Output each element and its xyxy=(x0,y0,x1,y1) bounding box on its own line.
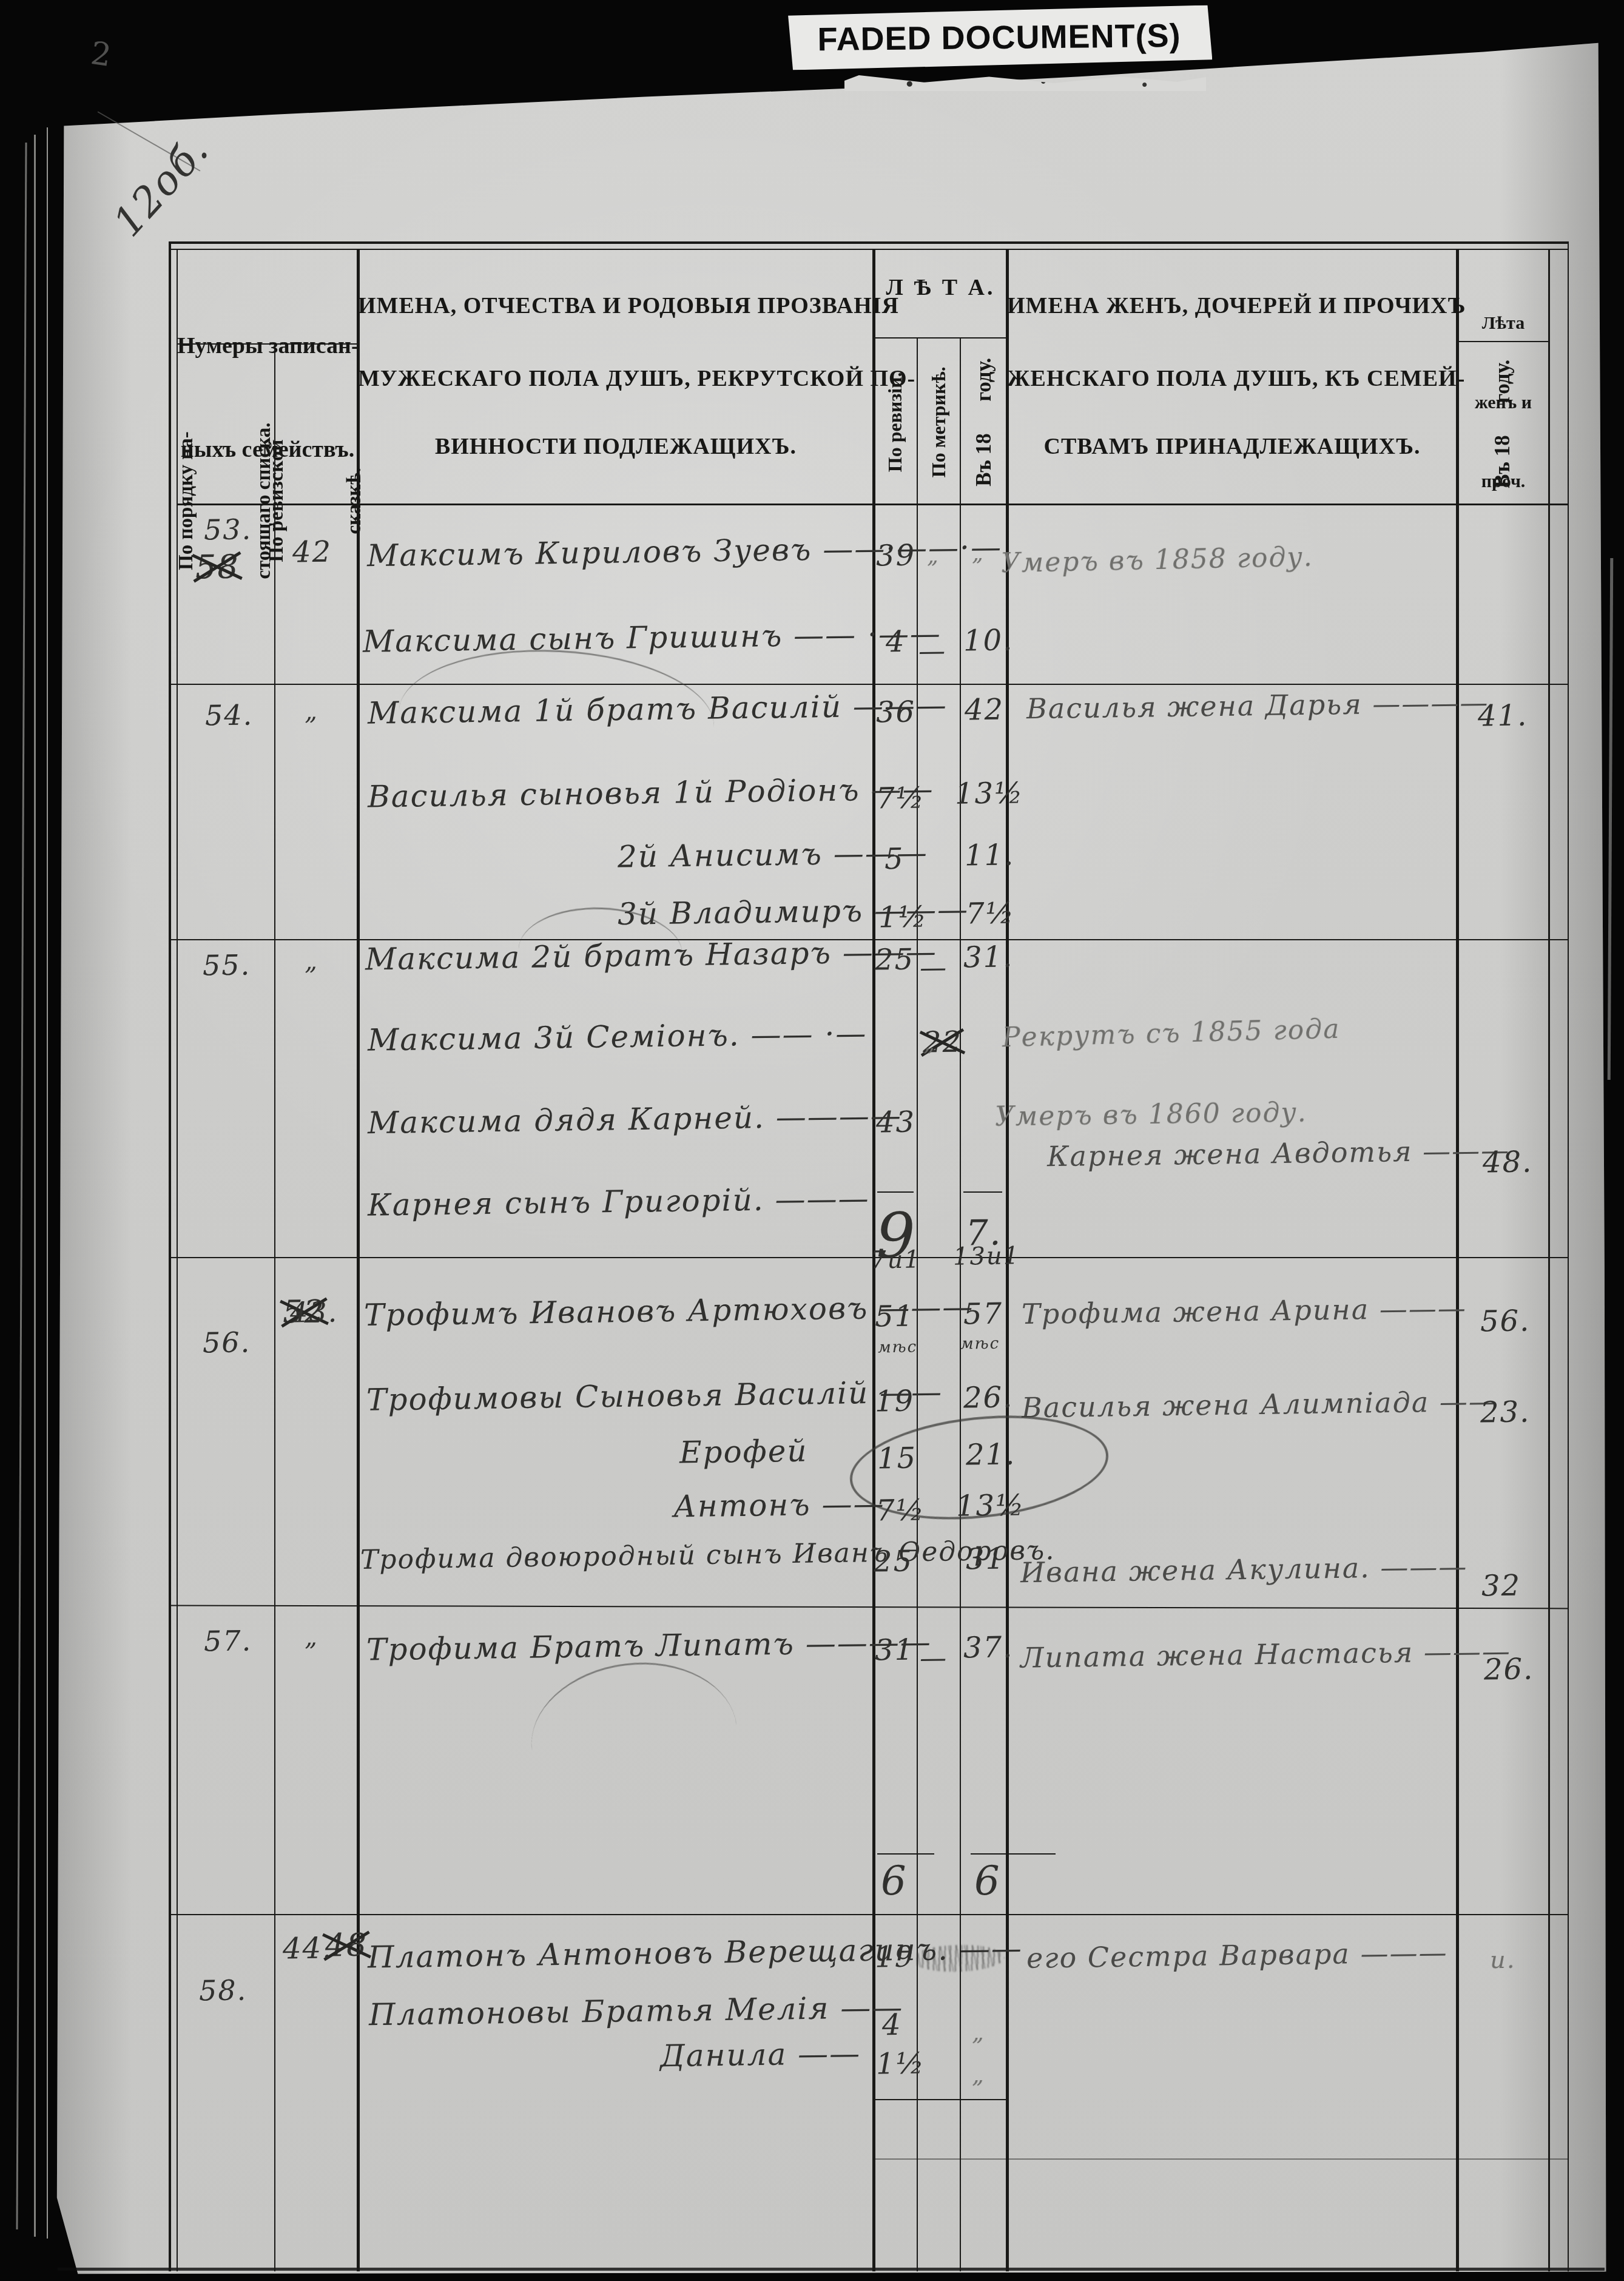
age-in-year: 7½ xyxy=(966,896,1016,931)
age-in-year: 10. xyxy=(963,623,1014,658)
female-age: 26. xyxy=(1484,1652,1534,1686)
grid-sum-line xyxy=(971,1853,1056,1855)
female-age: 48. xyxy=(1483,1145,1533,1179)
age-by-revision: 39 xyxy=(876,539,916,573)
entry-note: Умеръ въ 1860 году. xyxy=(995,1097,1307,1132)
family-57-revision-number: „ xyxy=(305,1623,318,1651)
corner-mark: 2 xyxy=(89,35,113,74)
header-females-title-3: СТВАМЪ ПРИНАДЛЕЖАЩИХЪ. xyxy=(1007,433,1457,460)
age-by-revision: 5 xyxy=(884,842,905,876)
sheet-edge xyxy=(16,143,27,2229)
header-famages-line1: Лѣта xyxy=(1457,310,1549,337)
grid-sum-line xyxy=(872,2099,1009,2100)
grid-vline-outer-right xyxy=(1568,241,1569,2271)
header-revtale-line1: По ревизской xyxy=(264,422,290,580)
family-58-number-current: 58. xyxy=(199,1973,248,2007)
age-by-revision: 7½ xyxy=(876,781,926,815)
entry-name: 2й Анисимъ ——— xyxy=(618,835,929,874)
family-54-number-current: 54. xyxy=(205,698,254,732)
grid-top-outer xyxy=(169,241,1569,244)
age-by-metric: — xyxy=(920,952,948,984)
header-col-by-revision: По ревизіи. xyxy=(883,343,908,501)
header-males-title-1: ИМЕНА, ОТЧЕСТВА И РОДОВЫЯ ПРОЗВАНІЯ xyxy=(358,292,874,319)
female-entry: Василья жена Алимпіада —— xyxy=(1022,1385,1498,1424)
family-55-number-current: 55. xyxy=(203,948,251,982)
age-by-revision: 31 xyxy=(875,1633,915,1668)
age-in-year: 31 xyxy=(966,1542,1006,1577)
family-54-revision-number: „ xyxy=(305,698,318,726)
age-by-revision: 36 xyxy=(876,695,916,730)
age-in-year: „ xyxy=(972,2061,985,2088)
entry-name: Максима дядя Карней. ———— xyxy=(368,1098,902,1140)
age-in-year: 42 xyxy=(965,693,1005,727)
age-by-revision: 25 xyxy=(875,943,915,977)
age-by-revision: 25 xyxy=(874,1545,914,1579)
header-col-in-year: Въ 18 году. xyxy=(970,343,998,501)
sheet-edge xyxy=(34,135,36,2237)
paper-bottom-shadow xyxy=(58,2268,1605,2271)
header-males-title-3: ВИННОСТИ ПОДЛЕЖАЩИХЪ. xyxy=(358,433,874,460)
header-ages-group: Л Ѣ Т А. xyxy=(872,274,1009,301)
family-53-revision-number: 42 xyxy=(292,535,332,570)
right-page-sliver xyxy=(1608,558,1614,1080)
age-in-year: 37. xyxy=(963,1630,1014,1665)
age-by-metric: „ xyxy=(923,1031,936,1056)
female-entry: Василья жена Дарья ———— xyxy=(1026,686,1489,726)
family-53-number-current: 53. xyxy=(204,513,252,546)
grid-vline-col7-col8 xyxy=(1456,249,1459,2271)
age-by-revision: 4 xyxy=(882,2008,902,2042)
age-in-year: 11. xyxy=(965,838,1015,872)
subtotal-by-revision: 6 xyxy=(880,1858,908,1905)
age-by-revision: 51 xyxy=(875,1299,915,1334)
female-age: и. xyxy=(1490,1946,1516,1975)
age-unit: мѣс xyxy=(872,1339,922,1355)
subtotal-in-year: 6 xyxy=(974,1858,1001,1905)
header-males-title-2: МУЖЕСКАГО ПОЛА ДУШЪ, РЕКРУТСКОЙ ПО- xyxy=(358,365,874,392)
age-in-year: 57 xyxy=(963,1297,1003,1332)
entry-name: Максима 3й Семіонъ. —— ·— xyxy=(368,1016,868,1057)
age-by-metric: — xyxy=(920,1643,948,1674)
faded-document-stamp: FADED DOCUMENT(S) xyxy=(786,5,1212,70)
entry-name: Данила —— xyxy=(660,2036,861,2074)
age-by-metric: „ xyxy=(927,544,940,568)
header-numbers-line1: Нумеры записан- xyxy=(177,329,358,363)
age-by-revision: 4 xyxy=(886,625,906,659)
age-by-revision: 1½ xyxy=(876,2046,926,2081)
grid-row-separator xyxy=(169,684,1569,685)
grid-row-separator xyxy=(169,1257,1569,1258)
age-unit: мѣс xyxy=(954,1335,1021,1352)
age-in-year: 13½ xyxy=(955,776,1024,811)
family-53-number-old-struck: 58 xyxy=(195,547,240,586)
subtotal-by-revision: 9 xyxy=(875,1200,917,1273)
entry-note: Умеръ въ 1858 году. xyxy=(1001,542,1314,579)
female-entry: Ивана жена Акулина. ——— xyxy=(1020,1550,1468,1589)
header-col-by-metric: По метрикѣ. xyxy=(926,343,952,501)
female-age: 41. xyxy=(1478,698,1528,733)
stamp-label: FADED DOCUMENT(S) xyxy=(817,17,1181,58)
female-entry: Карнея жена Авдотья ——— xyxy=(1047,1134,1511,1173)
age-by-revision: 19 xyxy=(875,1940,915,1975)
age-in-year: „ xyxy=(972,2019,985,2046)
age-in-year: 31. xyxy=(963,940,1014,974)
scanned-revision-list-page: FADED DOCUMENT(S) 2 12об. Нумеры записан… xyxy=(0,0,1624,2281)
sheet-edge xyxy=(47,127,48,2239)
grid-faint-bottom-line xyxy=(872,2158,1568,2160)
grid-row-separator xyxy=(169,1914,1569,1915)
family-55-revision-number: „ xyxy=(305,948,318,975)
family-57-number-current: 57. xyxy=(204,1624,252,1657)
female-entry: его Сестра Варвара ——— xyxy=(1026,1936,1448,1975)
entry-name: Платоновы Братья Мелія —— xyxy=(369,1990,904,2032)
female-entry: Липата жена Настасья ——— xyxy=(1020,1634,1512,1674)
family-56-number-current: 56. xyxy=(203,1326,251,1359)
grid-hline-leta-box xyxy=(872,337,1009,339)
age-by-revision: 7½ xyxy=(876,1493,926,1528)
age-by-metric: — xyxy=(918,636,947,667)
family-56-revision-number: 43. xyxy=(290,1295,339,1329)
grid-vline-col1-col2 xyxy=(274,343,275,2271)
age-by-revision: 43 xyxy=(876,1105,916,1140)
female-entry: Трофима жена Арина ——— xyxy=(1022,1292,1467,1330)
entry-name: Антонъ —— xyxy=(673,1486,885,1525)
age-in-year: 13½ xyxy=(956,1488,1025,1523)
subtotal-in-year: 7. xyxy=(966,1212,1002,1254)
header-females-title-2: ЖЕНСКАГО ПОЛА ДУШЪ, КЪ СЕМЕЙ- xyxy=(1007,365,1457,392)
grid-top-inner xyxy=(169,249,1569,250)
header-female-col-in-year: Въ 18 году. xyxy=(1489,345,1517,503)
age-by-revision: 19 xyxy=(875,1384,915,1419)
female-age: 23. xyxy=(1480,1395,1531,1429)
entry-name: Карнея сынъ Григорій. ——— xyxy=(368,1181,870,1223)
grid-sum-line xyxy=(877,1853,934,1855)
age-by-revision: 1½ xyxy=(878,900,928,934)
entry-name: Ерофей xyxy=(679,1434,808,1471)
female-age: 32 xyxy=(1481,1569,1521,1603)
grid-vline-col8-right xyxy=(1548,249,1550,2271)
age-in-year: „ xyxy=(972,541,985,566)
age-in-year: 26. xyxy=(963,1380,1014,1415)
family-58-revision-number: 44. xyxy=(283,1931,333,1966)
female-age: 56. xyxy=(1480,1304,1531,1338)
header-females-title-1: ИМЕНА ЖЕНЪ, ДОЧЕРЕЙ И ПРОЧИХЪ xyxy=(1007,292,1457,319)
